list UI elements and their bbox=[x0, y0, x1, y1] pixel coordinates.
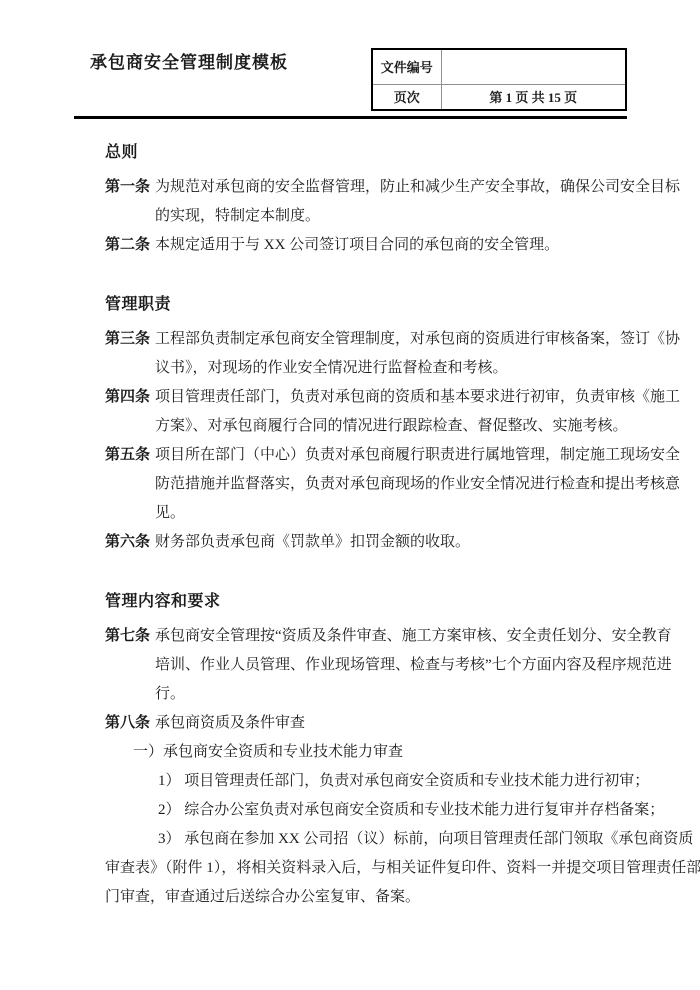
clause-text-line: 财务部负责承包商《罚款单》扣罚金额的收取。 bbox=[155, 528, 632, 557]
clause-4: 第四条 项目管理责任部门，负责对承包商的资质和基本要求进行初审，负责审核《施工 … bbox=[105, 383, 632, 441]
clause-label: 第四条 bbox=[105, 383, 155, 412]
clause-label: 第六条 bbox=[105, 528, 155, 557]
clause-label: 第一条 bbox=[105, 173, 155, 202]
clause-text-line: 项目所在部门（中心）负责对承包商履行职责进行属地管理，制定施工现场安全 bbox=[155, 441, 680, 470]
clause-text-line: 项目管理责任部门，负责对承包商的资质和基本要求进行初审，负责审核《施工 bbox=[155, 383, 680, 412]
section-heading: 管理职责 bbox=[105, 294, 632, 316]
clause-body: 承包商资质及条件审查 bbox=[155, 709, 632, 738]
clause-text-line: 的实现，特制定本制度。 bbox=[155, 202, 680, 231]
subitem-1-1: 1） 项目管理责任部门，负责对承包商安全资质和专业技术能力进行初审； bbox=[105, 767, 632, 796]
clause-label: 第七条 bbox=[105, 622, 155, 651]
section-heading: 总则 bbox=[105, 142, 632, 164]
page-value: 第 1 页 共 15 页 bbox=[441, 84, 626, 110]
clause-text-line: 方案》、对承包商履行合同的情况进行跟踪检查、督促整改、实施考核。 bbox=[155, 412, 680, 441]
clause-text-line: 行。 bbox=[155, 680, 672, 709]
clause-text-line: 议书》，对现场的作业安全情况进行监督检查和考核。 bbox=[155, 354, 680, 383]
doc-number-value bbox=[441, 49, 626, 84]
clause-text-line: 见。 bbox=[155, 499, 680, 528]
clause-1: 第一条 为规范对承包商的安全监督管理，防止和减少生产安全事故，确保公司安全目标 … bbox=[105, 173, 632, 231]
clause-text-line: 防范措施并监督落实，负责对承包商现场的作业安全情况进行检查和提出考核意 bbox=[155, 470, 680, 499]
clause-label: 第二条 bbox=[105, 231, 155, 260]
clause-8: 第八条 承包商资质及条件审查 bbox=[105, 709, 632, 738]
page-label: 页次 bbox=[372, 84, 441, 110]
clause-body: 财务部负责承包商《罚款单》扣罚金额的收取。 bbox=[155, 528, 632, 557]
subitem-text-line: 门审查，审查通过后送综合办公室复审、备案。 bbox=[105, 883, 632, 912]
section-management-duties: 管理职责 第三条 工程部负责制定承包商安全管理制度，对承包商的资质进行审核备案，… bbox=[105, 294, 632, 557]
section-general-principles: 总则 第一条 为规范对承包商的安全监督管理，防止和减少生产安全事故，确保公司安全… bbox=[105, 142, 632, 260]
subitem-text-line: 审查表》（附件 1），将相关资料录入后，与相关证件复印件、资料一并提交项目管理责… bbox=[105, 854, 632, 883]
section-heading: 管理内容和要求 bbox=[105, 591, 632, 613]
clause-text-line: 承包商安全管理按“资质及条件审查、施工方案审核、安全责任划分、安全教育 bbox=[155, 622, 672, 651]
clause-body: 工程部负责制定承包商安全管理制度，对承包商的资质进行审核备案，签订《协 议书》，… bbox=[155, 325, 680, 383]
clause-body: 项目所在部门（中心）负责对承包商履行职责进行属地管理，制定施工现场安全 防范措施… bbox=[155, 441, 680, 528]
info-table-row-page: 页次 第 1 页 共 15 页 bbox=[372, 84, 626, 110]
header-divider-rule bbox=[74, 116, 627, 119]
subitem-1-3: 3） 承包商在参加 XX 公司招（议）标前，向项目管理责任部门领取《承包商资质 … bbox=[105, 825, 632, 912]
clause-2: 第二条 本规定适用于与 XX 公司签订项目合同的承包商的安全管理。 bbox=[105, 231, 632, 260]
document-page: 承包商安全管理制度模板 文件编号 页次 第 1 页 共 15 页 总则 第一条 … bbox=[0, 0, 700, 990]
document-title: 承包商安全管理制度模板 bbox=[90, 48, 288, 73]
clause-5: 第五条 项目所在部门（中心）负责对承包商履行职责进行属地管理，制定施工现场安全 … bbox=[105, 441, 632, 528]
document-info-table: 文件编号 页次 第 1 页 共 15 页 bbox=[371, 48, 627, 111]
info-table-row-doc-number: 文件编号 bbox=[372, 49, 626, 84]
clause-text-line: 本规定适用于与 XX 公司签订项目合同的承包商的安全管理。 bbox=[155, 231, 632, 260]
clause-body: 承包商安全管理按“资质及条件审查、施工方案审核、安全责任划分、安全教育 培训、作… bbox=[155, 622, 672, 709]
clause-7: 第七条 承包商安全管理按“资质及条件审查、施工方案审核、安全责任划分、安全教育 … bbox=[105, 622, 632, 709]
clause-label: 第五条 bbox=[105, 441, 155, 470]
subitem-1: 一）承包商安全资质和专业技术能力审查 bbox=[105, 738, 632, 767]
clause-text-line: 为规范对承包商的安全监督管理，防止和减少生产安全事故，确保公司安全目标 bbox=[155, 173, 680, 202]
clause-body: 为规范对承包商的安全监督管理，防止和减少生产安全事故，确保公司安全目标 的实现，… bbox=[155, 173, 680, 231]
clause-6: 第六条 财务部负责承包商《罚款单》扣罚金额的收取。 bbox=[105, 528, 632, 557]
clause-body: 项目管理责任部门，负责对承包商的资质和基本要求进行初审，负责审核《施工 方案》、… bbox=[155, 383, 680, 441]
section-management-content-requirements: 管理内容和要求 第七条 承包商安全管理按“资质及条件审查、施工方案审核、安全责任… bbox=[105, 591, 632, 912]
subitem-text-line: 3） 承包商在参加 XX 公司招（议）标前，向项目管理责任部门领取《承包商资质 bbox=[105, 825, 632, 854]
clause-text-line: 培训、作业人员管理、作业现场管理、检查与考核”七个方面内容及程序规范进 bbox=[155, 651, 672, 680]
doc-number-label: 文件编号 bbox=[372, 49, 441, 84]
clause-text-line: 承包商资质及条件审查 bbox=[155, 709, 632, 738]
subitem-1-2: 2） 综合办公室负责对承包商安全资质和专业技术能力进行复审并存档备案； bbox=[105, 796, 632, 825]
clause-label: 第八条 bbox=[105, 709, 155, 738]
clause-text-line: 工程部负责制定承包商安全管理制度，对承包商的资质进行审核备案，签订《协 bbox=[155, 325, 680, 354]
clause-body: 本规定适用于与 XX 公司签订项目合同的承包商的安全管理。 bbox=[155, 231, 632, 260]
document-body: 总则 第一条 为规范对承包商的安全监督管理，防止和减少生产安全事故，确保公司安全… bbox=[105, 140, 632, 912]
clause-label: 第三条 bbox=[105, 325, 155, 354]
clause-3: 第三条 工程部负责制定承包商安全管理制度，对承包商的资质进行审核备案，签订《协 … bbox=[105, 325, 632, 383]
